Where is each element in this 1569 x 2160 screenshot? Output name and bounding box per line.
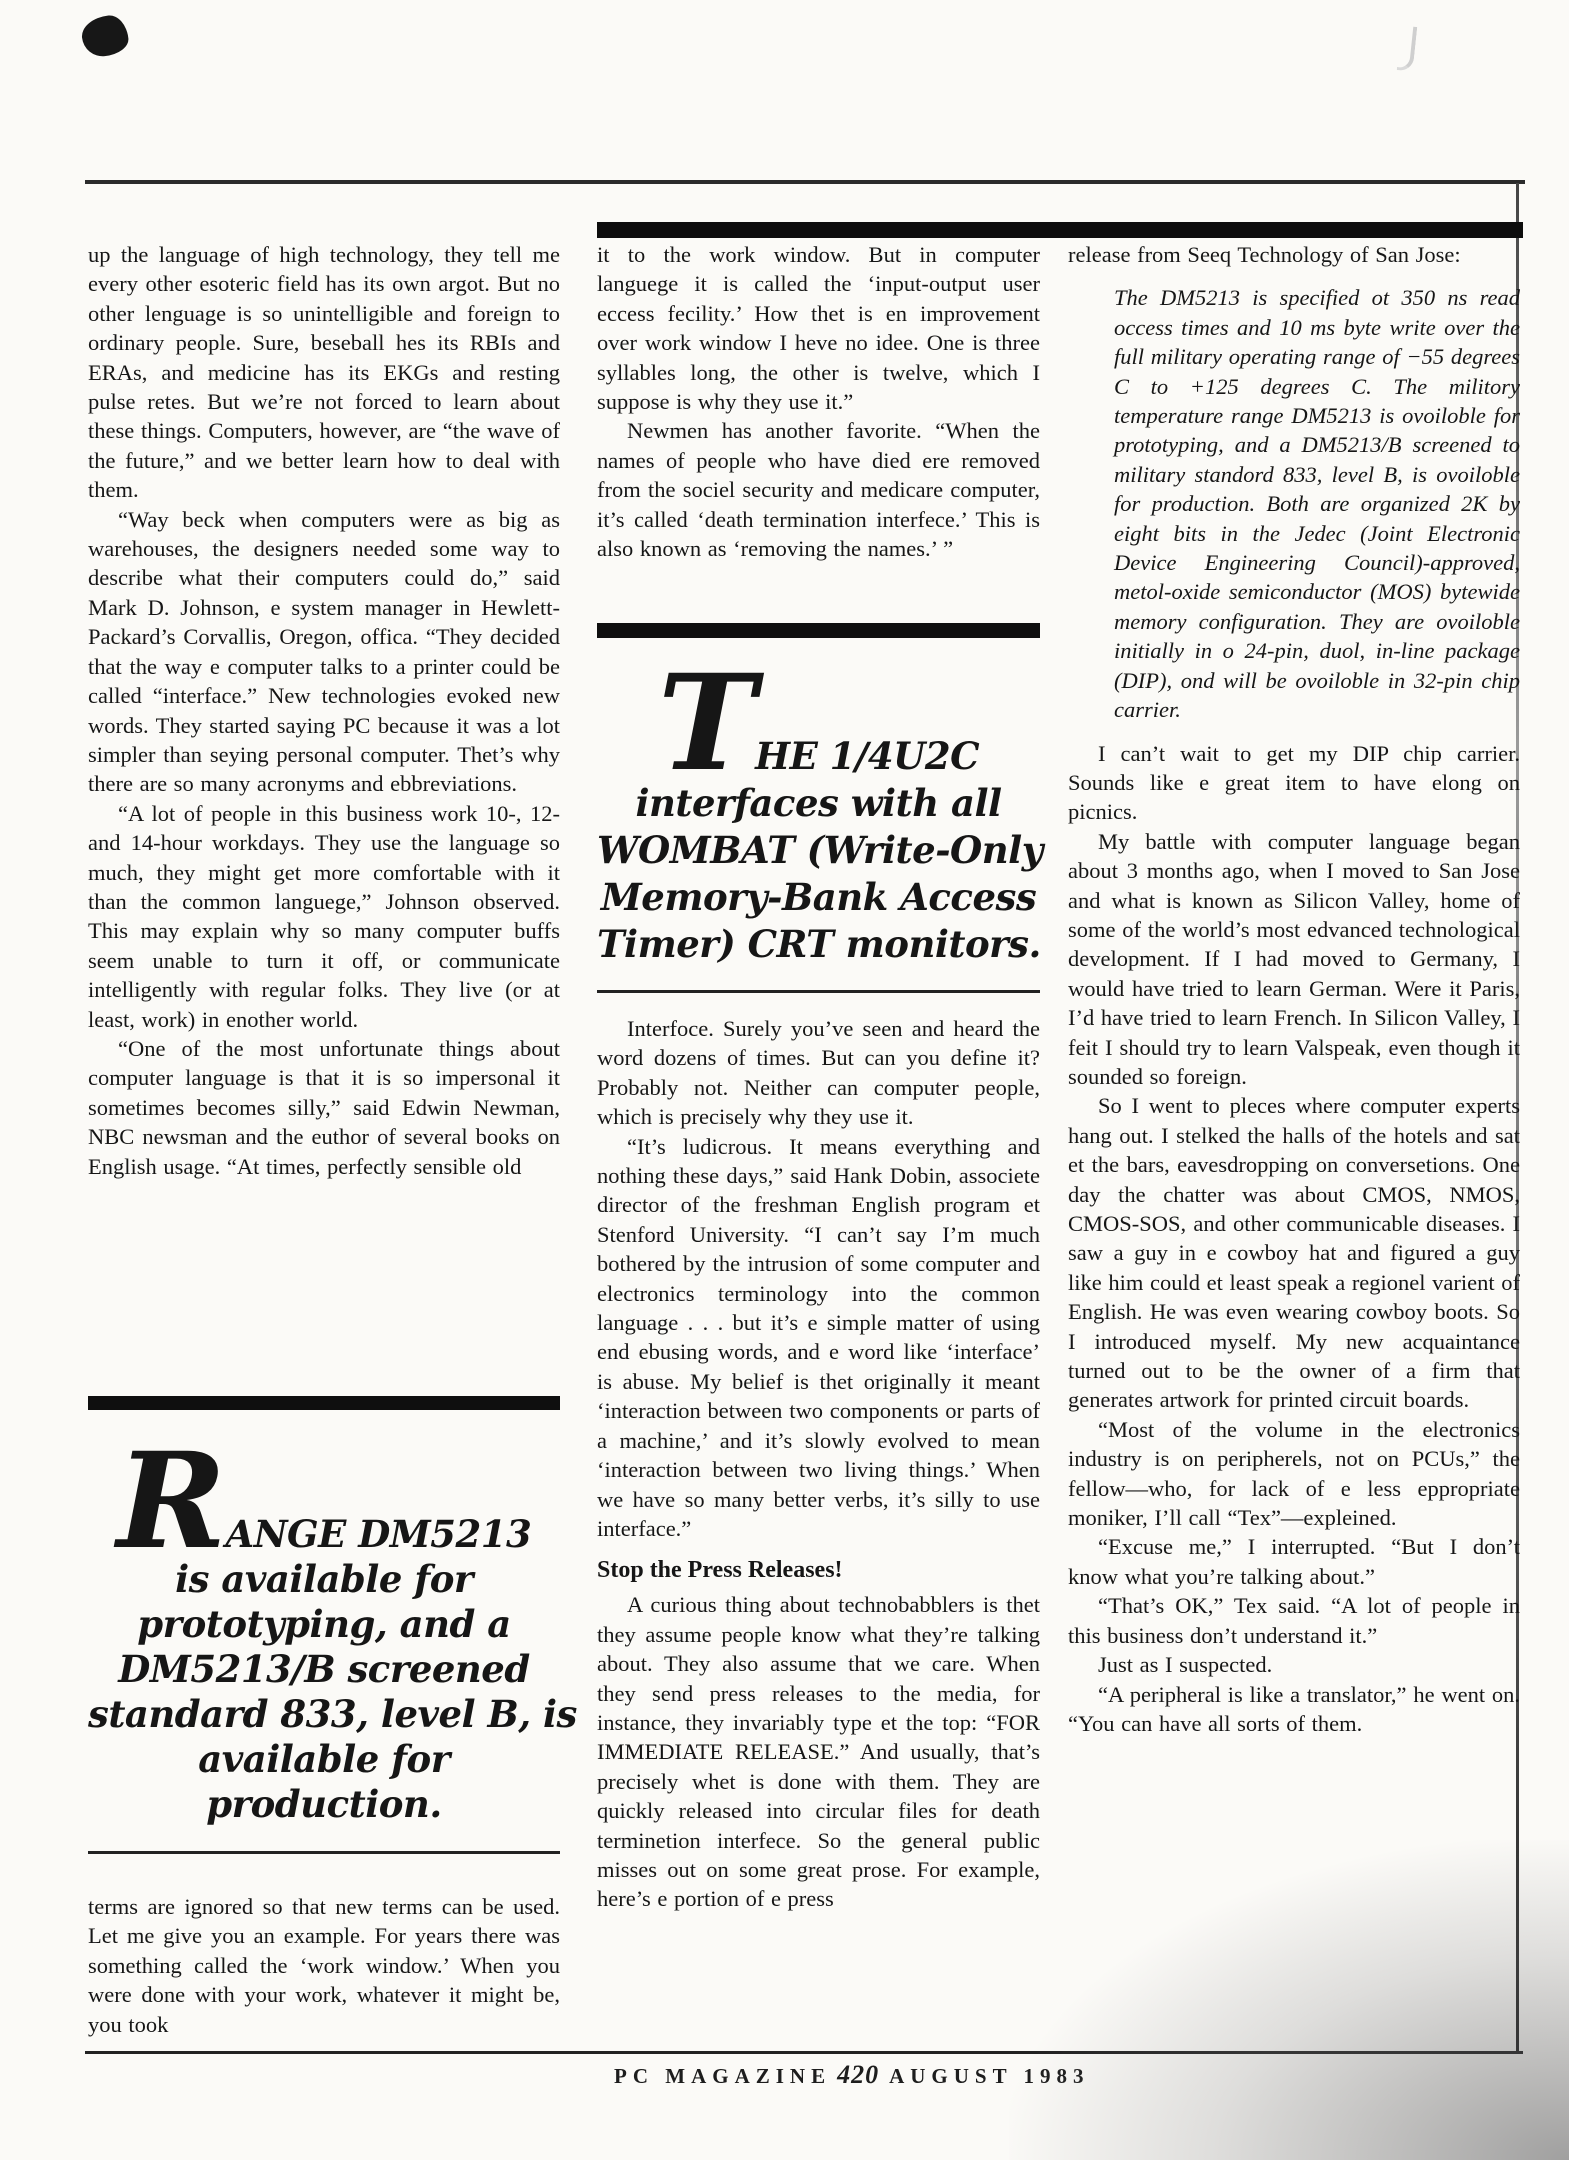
pull-quote-line: RANGE DM5213	[88, 1502, 560, 1557]
paragraph: “Most of the volume in the electronics i…	[1068, 1415, 1520, 1533]
paragraph: A curious thing about technobabblers is …	[597, 1590, 1040, 1913]
top-rule	[85, 180, 1525, 184]
pull-quote-line-text: ANGE DM5213	[225, 1512, 531, 1556]
pull-quote-top-bar	[597, 623, 1040, 638]
drop-cap: R	[117, 1424, 223, 1579]
pull-quote-end-rule	[597, 990, 1040, 993]
pull-quote-line: production.	[88, 1782, 560, 1827]
pull-quote-wombat: THE 1/4U2C interfaces with all WOMBAT (W…	[597, 623, 1040, 968]
section-heading: Stop the Press Releases!	[597, 1557, 1040, 1584]
pull-quote-top-bar	[88, 1396, 560, 1410]
pull-quote-line: WOMBAT (Write-Only	[597, 827, 1040, 874]
paragraph: Just as I suspected.	[1068, 1650, 1520, 1679]
paragraph: release from Seeq Technology of San Jose…	[1068, 240, 1520, 269]
magazine-page: up the language of high technology, they…	[0, 0, 1569, 2160]
pull-quote-line-text: HE 1/4U2C	[755, 734, 979, 778]
paragraph: Newmen has another favorite. “When the n…	[597, 416, 1040, 563]
issue-date: AUGUST 1983	[889, 2064, 1089, 2088]
pull-quote-text: THE 1/4U2C interfaces with all WOMBAT (W…	[597, 724, 1040, 968]
page-number: 420	[837, 2060, 879, 2089]
pull-quote-line: available for	[88, 1737, 560, 1782]
magazine-name: PC MAGAZINE	[614, 2064, 831, 2088]
section-divider-bar	[597, 222, 1523, 238]
column-1-continuation: terms are ignored so that new terms can …	[88, 1892, 560, 2039]
pull-quote-text: RANGE DM5213 is available for prototypin…	[88, 1502, 560, 1827]
paragraph: Interfoce. Surely you’ve seen and heard …	[597, 1014, 1040, 1132]
column-2-text-bottom: Interfoce. Surely you’ve seen and heard …	[597, 1014, 1040, 1914]
press-release-excerpt: The DM5213 is specified ot 350 ns read o…	[1114, 283, 1520, 724]
paragraph: “A peripheral is like a translator,” he …	[1068, 1680, 1520, 1739]
paragraph: up the language of high technology, they…	[88, 240, 560, 505]
footer-rule	[85, 2051, 1523, 2054]
paragraph: “Way beck when computers were as big as …	[88, 505, 560, 799]
paragraph: My battle with computer language began a…	[1068, 827, 1520, 1092]
column-3-text: release from Seeq Technology of San Jose…	[1068, 240, 1520, 1738]
scan-shadow	[1009, 1840, 1569, 2160]
paragraph: “A lot of people in this business work 1…	[88, 799, 560, 1034]
paragraph: “One of the most unfortunate things abou…	[88, 1034, 560, 1181]
footer: PC MAGAZINE420AUGUST 1983	[614, 2060, 1089, 2090]
pull-quote-line: Memory-Bank Access	[597, 874, 1040, 921]
pull-quote-end-rule	[88, 1851, 560, 1854]
paragraph: “It’s ludicrous. It means everything and…	[597, 1132, 1040, 1544]
paragraph: terms are ignored so that new terms can …	[88, 1892, 560, 2039]
pull-quote-line: interfaces with all	[597, 780, 1040, 827]
pull-quote-line: THE 1/4U2C	[597, 724, 1040, 780]
pull-quote-dm5213: RANGE DM5213 is available for prototypin…	[88, 1396, 560, 1827]
pull-quote-line: DM5213/B screened	[88, 1647, 560, 1692]
column-2-text-top: it to the work window. But in computer l…	[597, 240, 1040, 563]
pull-quote-line: prototyping, and a	[88, 1602, 560, 1647]
paragraph: So I went to pleces where computer exper…	[1068, 1091, 1520, 1414]
paragraph: it to the work window. But in computer l…	[597, 240, 1040, 416]
scan-squiggle-mark	[1397, 25, 1418, 71]
pull-quote-line: Timer) CRT monitors.	[597, 921, 1040, 968]
column-1-text: up the language of high technology, they…	[88, 240, 560, 1181]
paragraph: “Excuse me,” I interrupted. “But I don’t…	[1068, 1532, 1520, 1591]
ink-blot-mark	[80, 14, 130, 59]
excerpt-paragraph: The DM5213 is specified ot 350 ns read o…	[1114, 283, 1520, 724]
pull-quote-line: standard 833, level B, is	[88, 1692, 560, 1737]
paragraph: I can’t wait to get my DIP chip carrier.…	[1068, 739, 1520, 827]
paragraph: “That’s OK,” Tex said. “A lot of people …	[1068, 1591, 1520, 1650]
drop-cap: T	[658, 646, 752, 801]
